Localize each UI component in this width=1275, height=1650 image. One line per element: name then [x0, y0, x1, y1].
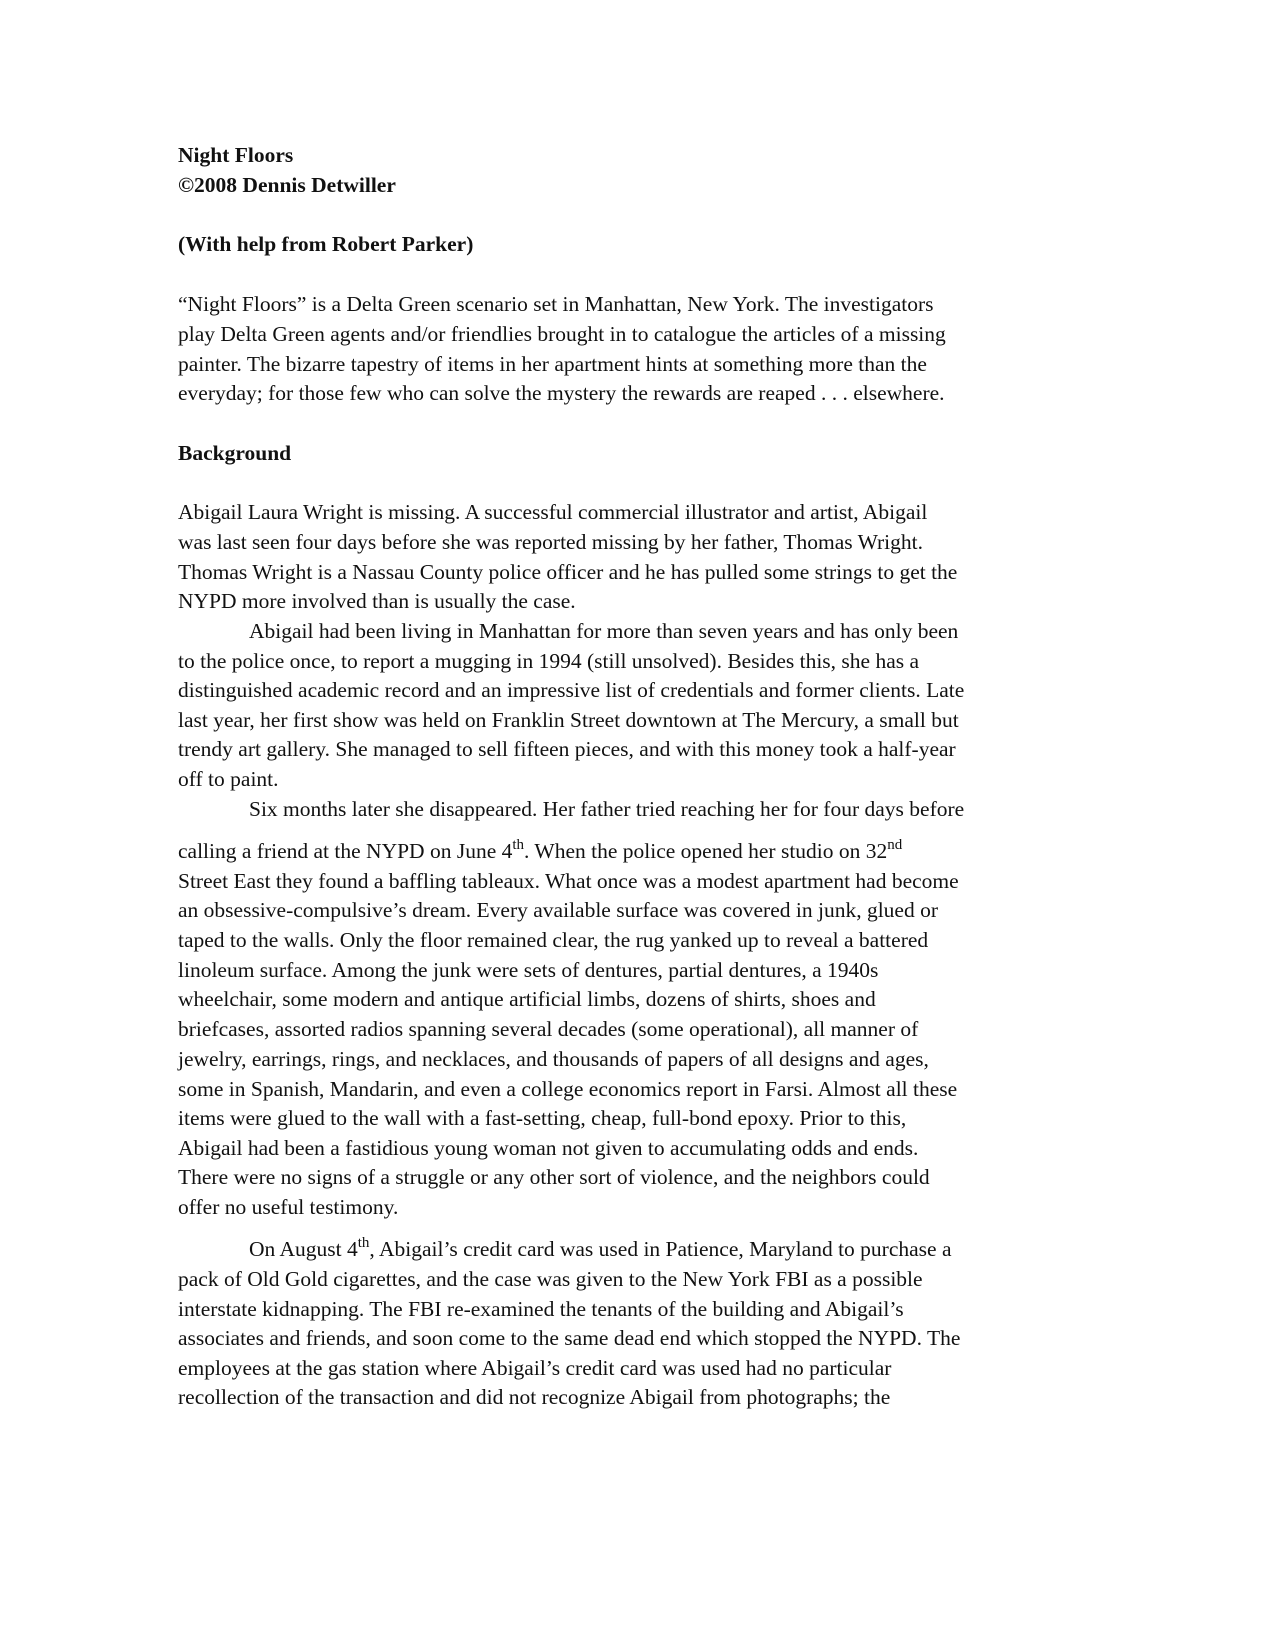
text-line: play Delta Green agents and/or friendlie… [178, 322, 946, 346]
text-line: associates and friends, and soon come to… [178, 1326, 960, 1350]
text-line: jewelry, earrings, rings, and necklaces,… [178, 1047, 929, 1071]
copyright-line: ©2008 Dennis Detwiller [178, 173, 396, 197]
text-line: trendy art gallery. She managed to sell … [178, 737, 956, 761]
text-line: Six months later she disappeared. Her fa… [249, 797, 964, 821]
text-line: was last seen four days before she was r… [178, 530, 923, 554]
text-line: an obsessive-compulsive’s dream. Every a… [178, 898, 938, 922]
text-run: On August 4 [249, 1237, 358, 1261]
text-line: taped to the walls. Only the floor remai… [178, 928, 928, 952]
text-run: . When the police opened her studio on 3… [524, 839, 887, 863]
superscript: th [358, 1235, 370, 1251]
text-line: Abigail had been a fastidious young woma… [178, 1136, 918, 1160]
text-line: “Night Floors” is a Delta Green scenario… [178, 292, 934, 316]
text-line: linoleum surface. Among the junk were se… [178, 958, 878, 982]
text-line: wheelchair, some modern and antique arti… [178, 987, 876, 1011]
text-run: , Abigail’s credit card was used in Pati… [369, 1237, 951, 1261]
text-line: On August 4th, Abigail’s credit card was… [249, 1237, 952, 1261]
section-heading-background: Background [178, 441, 291, 465]
text-line: Thomas Wright is a Nassau County police … [178, 560, 957, 584]
text-line: employees at the gas station where Abiga… [178, 1356, 891, 1380]
text-line: offer no useful testimony. [178, 1195, 398, 1219]
text-line: There were no signs of a struggle or any… [178, 1165, 930, 1189]
superscript: th [512, 837, 524, 853]
text-line: some in Spanish, Mandarin, and even a co… [178, 1077, 957, 1101]
text-line: Abigail had been living in Manhattan for… [249, 619, 958, 643]
text-line: to the police once, to report a mugging … [178, 649, 919, 673]
superscript: nd [887, 837, 902, 853]
text-line: items were glued to the wall with a fast… [178, 1106, 906, 1130]
document-title: Night Floors [178, 143, 293, 167]
text-line: Abigail Laura Wright is missing. A succe… [178, 500, 927, 524]
text-line: calling a friend at the NYPD on June 4th… [178, 839, 902, 863]
text-line: painter. The bizarre tapestry of items i… [178, 352, 927, 376]
text-line: distinguished academic record and an imp… [178, 678, 964, 702]
credit-line: (With help from Robert Parker) [178, 232, 473, 256]
text-run: calling a friend at the NYPD on June 4 [178, 839, 512, 863]
text-line: last year, her first show was held on Fr… [178, 708, 959, 732]
text-line: Street East they found a baffling tablea… [178, 869, 959, 893]
text-line: interstate kidnapping. The FBI re-examin… [178, 1297, 904, 1321]
text-line: briefcases, assorted radios spanning sev… [178, 1017, 918, 1041]
text-line: off to paint. [178, 767, 279, 791]
text-line: pack of Old Gold cigarettes, and the cas… [178, 1267, 923, 1291]
text-line: everyday; for those few who can solve th… [178, 381, 945, 405]
text-line: NYPD more involved than is usually the c… [178, 589, 576, 613]
text-line: recollection of the transaction and did … [178, 1385, 890, 1409]
